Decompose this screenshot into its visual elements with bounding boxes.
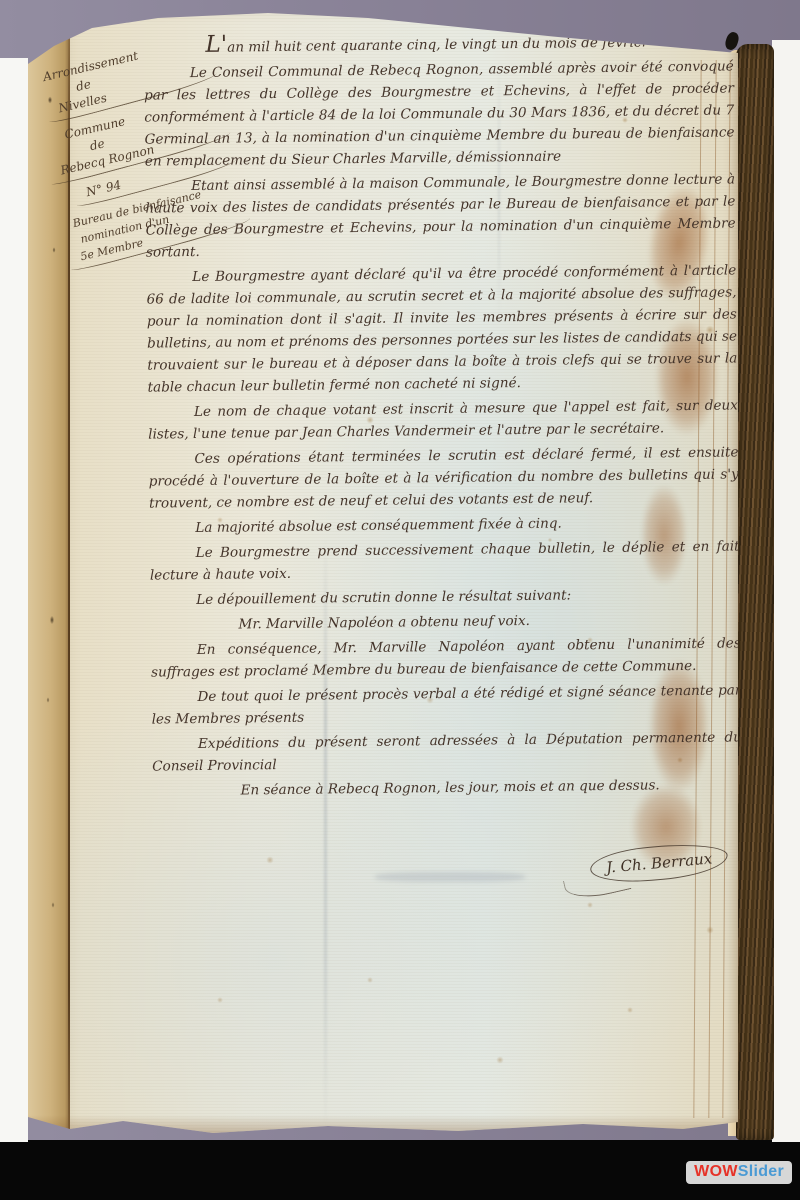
manuscript-paragraph: La majorité absolue est conséquemment fi…: [149, 510, 739, 539]
manuscript-paragraph-result: Mr. Marville Napoléon a obtenu neuf voix…: [150, 607, 740, 636]
manuscript-paragraph-closing: En séance à Rebecq Rognon, les jour, moi…: [152, 773, 742, 802]
slider-photo-frame: Arrondissement de Nivelles Commune de Re…: [0, 0, 800, 1200]
watermark-wow-text: WOW: [694, 1163, 738, 1180]
wowslider-watermark-link[interactable]: WOWSlider: [686, 1161, 792, 1184]
manuscript-paragraph: Le nom de chaque votant est inscrit à me…: [148, 394, 738, 445]
manuscript-paragraph: En conséquence, Mr. Marville Napoléon ay…: [151, 632, 741, 683]
faint-pencil-smudge: [375, 872, 525, 882]
manuscript-paragraph: Etant ainsi assemblé à la maison Communa…: [145, 168, 736, 263]
manuscript-body: L'an mil huit cent quarante cinq, le vin…: [143, 30, 742, 805]
white-mat-right: [772, 40, 800, 1142]
book-fore-edge: [736, 44, 774, 1140]
page-bottom-browning: [28, 1115, 738, 1141]
watermark-slider-text: Slider: [738, 1163, 784, 1180]
manuscript-paragraph: Ces opérations étant terminées le scruti…: [148, 441, 739, 514]
manuscript-paragraph: Le Conseil Communal de Rebecq Rognon, as…: [144, 55, 735, 172]
manuscript-paragraph: Le Bourgmestre ayant déclaré qu'il va êt…: [146, 259, 738, 398]
manuscript-paragraph: Le dépouillement du scrutin donne le rés…: [150, 582, 740, 611]
manuscript-paragraph: Expéditions du présent seront adressées …: [152, 726, 742, 777]
manuscript-paragraph: De tout quoi le présent procès verbal a …: [151, 679, 741, 730]
white-mat-left: [0, 58, 28, 1142]
manuscript-page: Arrondissement de Nivelles Commune de Re…: [28, 0, 738, 1141]
black-backdrop-bottom: [0, 1140, 800, 1200]
manuscript-paragraph: Le Bourgmestre prend successivement chaq…: [150, 535, 740, 586]
